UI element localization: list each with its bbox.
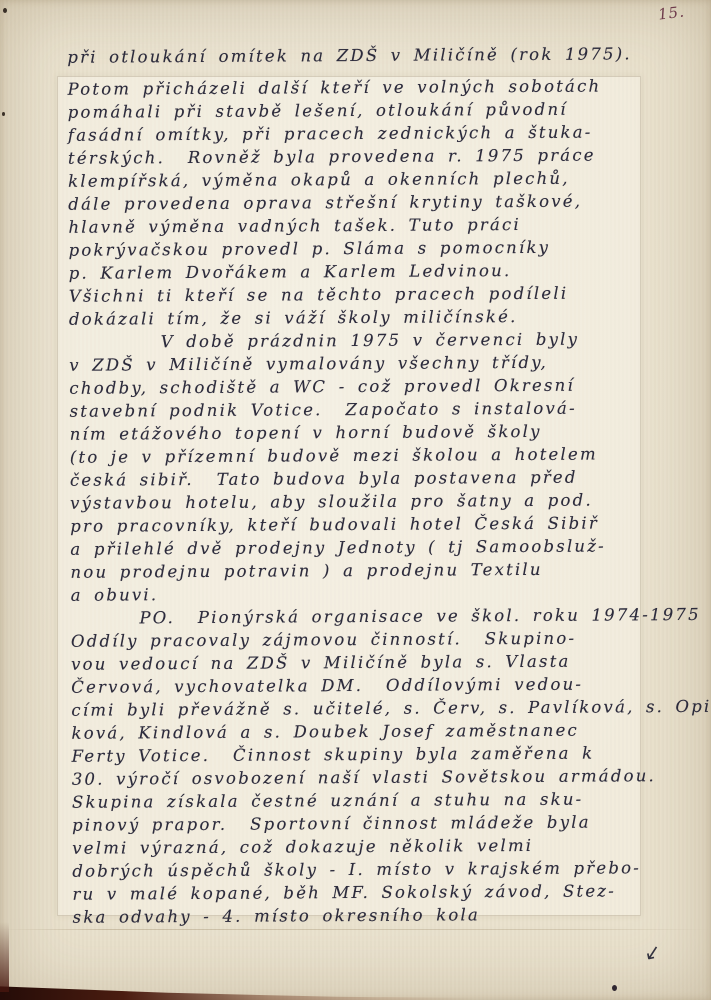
page-number: 15. [657, 2, 686, 23]
handwritten-line: při otloukání omítek na ZDŠ v Miličíně (… [67, 42, 642, 69]
scanned-chronicle-page: 15. při otloukání omítek na ZDŠ v Miličí… [0, 0, 711, 1000]
handwritten-line: ru v malé kopané, běh MF. Sokolský závod… [72, 879, 647, 906]
handwritten-line: chodby, schodiště a WC - což provedl Okr… [69, 373, 644, 400]
handwritten-line: V době prázdnin 1975 v červenci byly [69, 327, 644, 354]
handwritten-line: stavební podnik Votice. Započato s insta… [69, 396, 644, 423]
handwriting-block: při otloukání omítek na ZDŠ v Miličíně (… [67, 42, 647, 928]
paper-crease [0, 929, 711, 930]
handwritten-line: ska odvahy - 4. místo okresního kola [73, 902, 648, 929]
ink-dot [612, 985, 617, 991]
book-edge-shadow [0, 984, 560, 1000]
paper-speck [2, 112, 5, 116]
handwritten-line: dále provedena oprava střešní krytiny ta… [68, 189, 643, 216]
handwritten-line: a přilehlé dvě prodejny Jednoty ( tj Sam… [70, 534, 645, 561]
book-corner-shadow [0, 922, 9, 992]
handwritten-line: pinový prapor. Sportovní činnost mládeže… [72, 810, 647, 837]
paper-speck [3, 8, 7, 13]
handwritten-line: Všichni ti kteří se na těchto pracech po… [69, 281, 644, 308]
pen-checkmark: ↙ [642, 939, 663, 966]
